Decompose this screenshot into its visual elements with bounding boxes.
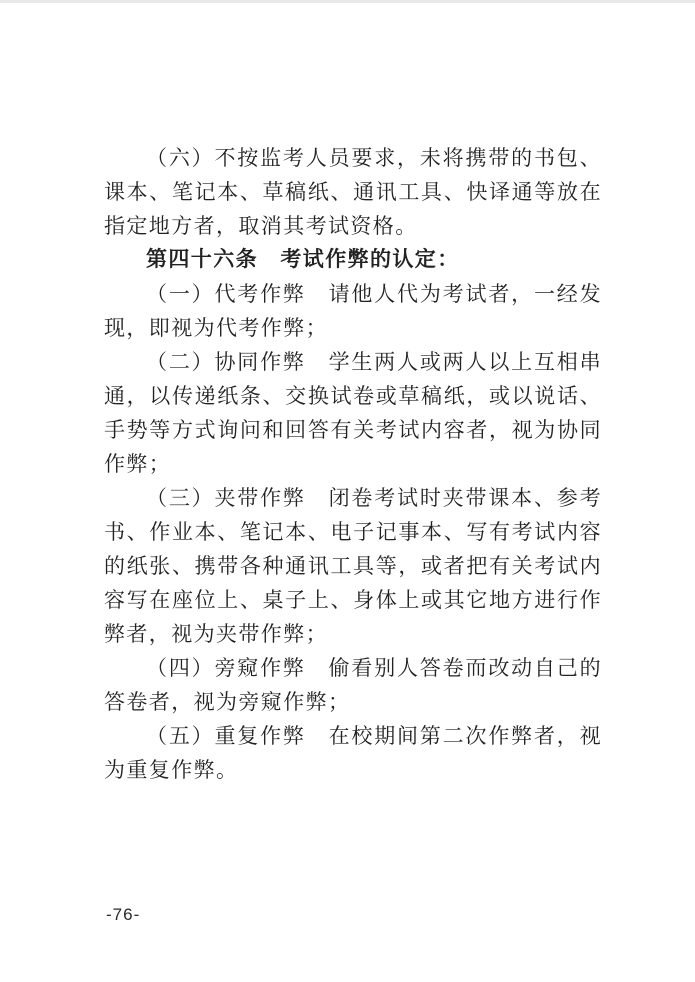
paragraph-item-2-collusion-cheating: （二）协同作弊 学生两人或两人以上互相串通，以传递纸条、交换试卷或草稿纸，或以说… xyxy=(104,345,602,481)
document-text-block: （六）不按监考人员要求，未将携带的书包、课本、笔记本、草稿纸、通讯工具、快译通等… xyxy=(104,141,602,787)
paragraph-item-5-repeat-cheating: （五）重复作弊 在校期间第二次作弊者，视为重复作弊。 xyxy=(104,719,602,787)
paragraph-item-3-smuggling-cheating: （三）夹带作弊 闭卷考试时夹带课本、参考书、作业本、笔记本、电子记事本、写有考试… xyxy=(104,481,602,651)
paragraph-clause-6: （六）不按监考人员要求，未将携带的书包、课本、笔记本、草稿纸、通讯工具、快译通等… xyxy=(104,141,602,243)
scan-edge xyxy=(0,0,695,3)
article-46-heading: 第四十六条 考试作弊的认定： xyxy=(104,243,602,277)
document-page: （六）不按监考人员要求，未将携带的书包、课本、笔记本、草稿纸、通讯工具、快译通等… xyxy=(0,0,695,982)
page-number: -76- xyxy=(106,905,140,925)
paragraph-item-4-peeking-cheating: （四）旁窥作弊 偷看别人答卷而改动自己的答卷者，视为旁窥作弊； xyxy=(104,651,602,719)
paragraph-item-1-substitute-cheating: （一）代考作弊 请他人代为考试者，一经发现，即视为代考作弊； xyxy=(104,277,602,345)
